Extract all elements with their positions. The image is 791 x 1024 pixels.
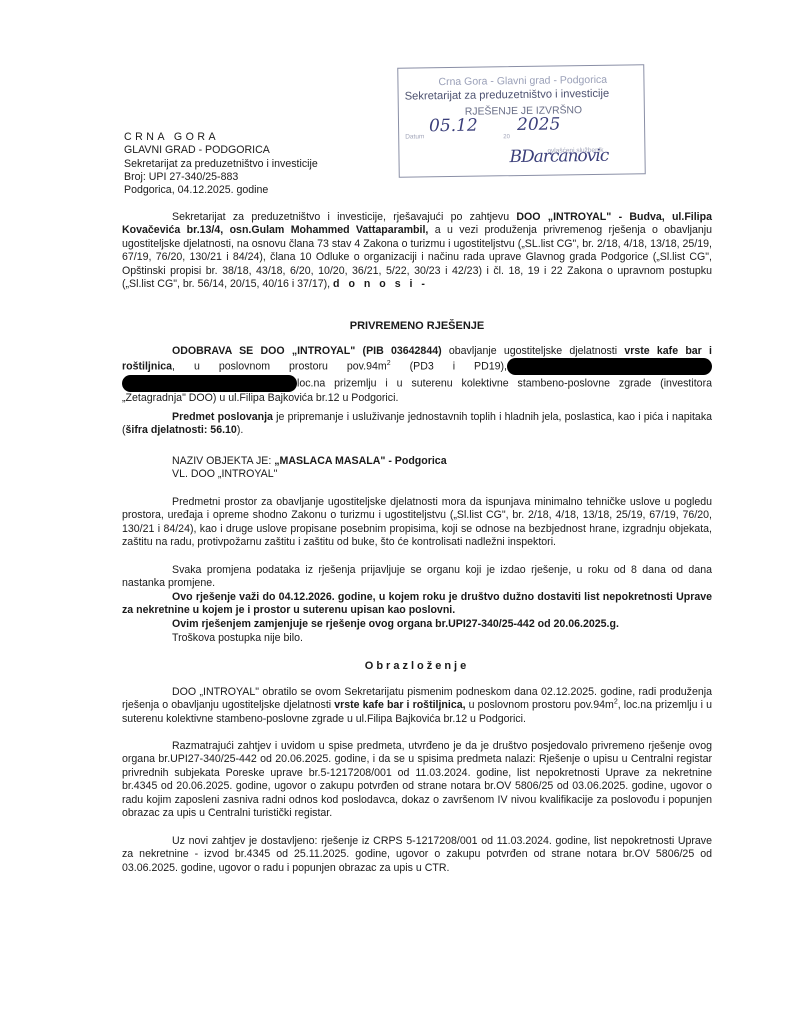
redaction-block (122, 375, 297, 392)
stamp-year-label: 20 (503, 131, 510, 144)
decision-text: obavljanje ugostiteljske djelatnosti (442, 345, 625, 357)
reasoning-paragraph-2: Razmatrajući zahtjev i uvidom u spise pr… (122, 740, 712, 820)
reasoning-area: u poslovnom prostoru pov.94m (466, 699, 614, 711)
header-office: Sekretarijat za preduzetništvo i investi… (124, 158, 318, 171)
decision-validity: Ovo rješenje važi do 04.12.2026. godine,… (122, 591, 712, 618)
decision-approval: ODOBRAVA SE DOO „INTROYAL" (PIB 03642844… (172, 345, 442, 357)
intro-paragraph: Sekretarijat za preduzetništvo i investi… (122, 211, 712, 291)
stamp-signature: BDarcanovic (509, 150, 608, 165)
stamp-line-office: Sekretarijat za preduzetništvo i investi… (405, 88, 610, 104)
decision-paragraph-2: Predmet poslovanja je pripremanje i uslu… (122, 411, 712, 438)
activity-code-close: ). (237, 424, 243, 436)
decision-replacement: Ovim rješenjem zamjenjuje se rješenje ov… (122, 618, 712, 631)
reasoning-activity: vrste kafe bar i roštiljnica, (334, 699, 465, 711)
decision-units: (PD3 i PD19), (391, 361, 507, 373)
object-owner: VL. DOO „INTROYAL" (172, 468, 712, 481)
decision-costs: Troškova postupka nije bilo. (122, 632, 712, 645)
executive-stamp: Crna Gora - Glavni grad - Podgorica Sekr… (397, 64, 646, 177)
decision-area: , u poslovnom prostoru pov.94m (172, 361, 387, 373)
redaction-block (507, 358, 712, 375)
decision-title: PRIVREMENO RJEŠENJE (122, 320, 712, 333)
decision-paragraph-3: Predmetni prostor za obavljanje ugostite… (122, 496, 712, 550)
header-country: CRNA GORA (124, 131, 318, 144)
stamp-date-label: Datum (405, 130, 424, 144)
header-city: GLAVNI GRAD - PODGORICA (124, 144, 318, 157)
intro-donosi: d o n o s i - (333, 278, 428, 290)
reasoning-applicant: DOO „INTROYAL" (172, 686, 259, 698)
object-name-block: NAZIV OBJEKTA JE: „MASLACA MASALA" - Pod… (122, 455, 712, 482)
stamp-date-handwritten: 05.12 (429, 120, 478, 134)
business-subject-label: Predmet poslovanja (172, 411, 273, 423)
reasoning-paragraph-1: DOO „INTROYAL" obratilo se ovom Sekretar… (122, 686, 712, 726)
object-name-label: NAZIV OBJEKTA JE: (172, 455, 274, 467)
document-header: CRNA GORA GLAVNI GRAD - PODGORICA Sekret… (124, 131, 318, 197)
object-name: „MASLACA MASALA" - Podgorica (274, 455, 446, 467)
reasoning-title: Obrazloženje (122, 660, 712, 673)
activity-code: šifra djelatnosti: 56.10 (126, 424, 237, 436)
stamp-year-handwritten: 2025 (517, 118, 560, 132)
decision-paragraph-4: Svaka promjena podataka iz rješenja prij… (122, 564, 712, 591)
header-number: Broj: UPI 27-340/25-883 (124, 171, 318, 184)
header-place-date: Podgorica, 04.12.2025. godine (124, 184, 318, 197)
reasoning-paragraph-3: Uz novi zahtjev je dostavljeno: rješenje… (122, 835, 712, 875)
intro-text-a: Sekretarijat za preduzetništvo i investi… (172, 211, 516, 223)
decision-paragraph-1: ODOBRAVA SE DOO „INTROYAL" (PIB 03642844… (122, 345, 712, 406)
